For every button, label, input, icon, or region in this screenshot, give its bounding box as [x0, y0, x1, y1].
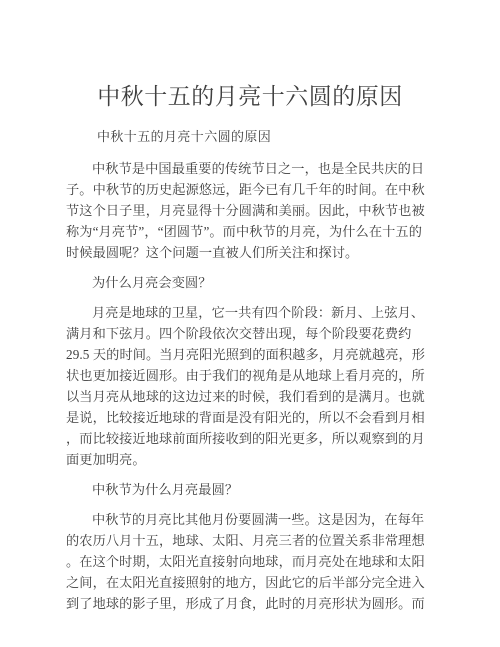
paragraph: 月亮是地球的卫星，它一共有四个阶段：新月、上弦月、满月和下弦月。四个阶段依次交替… [66, 302, 426, 470]
text-line: 面更加明亮。 [66, 449, 426, 470]
text-line: 29.5 天的时间。当月亮阳光照到的面积越多，月亮就越亮，形 [66, 344, 426, 365]
text-line: 称为“月亮节”，“团圆节”。而中秋节的月亮，为什么在十五的 [66, 221, 426, 242]
document-page: 中秋十五的月亮十六圆的原因 中秋十五的月亮十六圆的原因 中秋节是中国最重要的传统… [0, 0, 500, 647]
paragraph: 中秋节的月亮比其他月份要圆满一些。这是因为，在每年的农历八月十五，地球、太阳、月… [66, 509, 426, 614]
text-line: 状也更加接近圆形。由于我们的视角是从地球上看月亮的，所 [66, 365, 426, 386]
text-line: 的农历八月十五，地球、太阳、月亮三者的位置关系非常理想 [66, 530, 426, 551]
document-body: 中秋节是中国最重要的传统节日之一，也是全民共庆的日子。中秋节的历史起源悠远，距今… [66, 158, 426, 614]
text-line: 。在这个时期，太阳光直接射向地球，而月亮处在地球和太阳 [66, 551, 426, 572]
text-line: 是说，比较接近地球的背面是没有阳光的，所以不会看到月相 [66, 407, 426, 428]
section-heading: 为什么月亮会变圆？ [66, 272, 426, 293]
text-line: 到了地球的影子里，形成了月食，此时的月亮形状为圆形。而 [66, 593, 426, 614]
text-line: 以当月亮从地球的这边过来的时候，我们看到的是满月。也就 [66, 386, 426, 407]
text-line: 为什么月亮会变圆？ [66, 272, 426, 293]
text-line: 之间，在太阳光直接照射的地方，因此它的后半部分完全进入 [66, 572, 426, 593]
text-line: 月亮是地球的卫星，它一共有四个阶段：新月、上弦月、 [66, 302, 426, 323]
text-line: 满月和下弦月。四个阶段依次交替出现，每个阶段要花费约 [66, 323, 426, 344]
text-line: ，而比较接近地球前面所接收到的阳光更多，所以观察到的月 [66, 428, 426, 449]
text-line: 时候最圆呢？这个问题一直被人们所关注和探讨。 [66, 242, 426, 263]
text-line: 子。中秋节的历史起源悠远，距今已有几千年的时间。在中秋 [66, 179, 426, 200]
text-line: 节这个日子里，月亮显得十分圆满和美丽。因此，中秋节也被 [66, 200, 426, 221]
section-heading: 中秋节为什么月亮最圆？ [66, 479, 426, 500]
text-line: 中秋节的月亮比其他月份要圆满一些。这是因为，在每年 [66, 509, 426, 530]
document-subtitle: 中秋十五的月亮十六圆的原因 [97, 129, 500, 145]
document-title: 中秋十五的月亮十六圆的原因 [0, 0, 500, 112]
text-line: 中秋节是中国最重要的传统节日之一，也是全民共庆的日 [66, 158, 426, 179]
paragraph: 中秋节是中国最重要的传统节日之一，也是全民共庆的日子。中秋节的历史起源悠远，距今… [66, 158, 426, 263]
text-line: 中秋节为什么月亮最圆？ [66, 479, 426, 500]
